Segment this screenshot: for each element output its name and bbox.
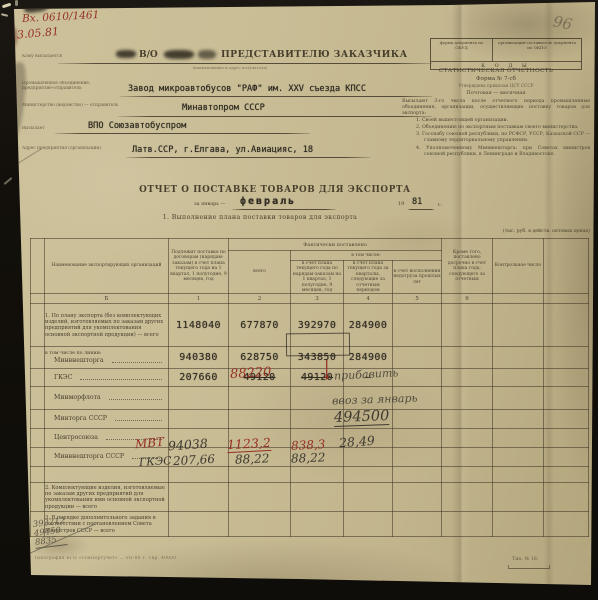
table-cell: [169, 512, 229, 537]
field-label-ministry: Министерство (ведомство) — отправитель: [22, 103, 122, 108]
send-recipient-item: 3. Госснабу союзной республики, по РСФСР…: [416, 132, 590, 144]
table-cell: [393, 512, 442, 537]
header-name: Наименование экспортирующих организаций: [45, 239, 169, 294]
row-label-text: Минторга СССР: [45, 415, 107, 423]
table-cell: [544, 467, 589, 483]
row-label: 1. По плану экспорта (без комплектующих …: [45, 304, 169, 347]
colnum-6: 6: [442, 294, 493, 304]
table-cell: [544, 410, 589, 429]
ink-blot: [116, 50, 136, 58]
table-cell: [493, 387, 544, 410]
table-cell: [31, 347, 45, 369]
units-note: (тыс. руб. в действ. оптовых ценах): [420, 229, 590, 234]
row-label-text: Минвнешторга: [45, 357, 104, 365]
table-cell: [31, 304, 45, 347]
header-col5: в счет восполнения недогруза прошлых лет: [393, 261, 442, 294]
table-cell: [291, 483, 344, 512]
table-row: Минторга СССР: [31, 410, 589, 429]
table-row: 2. Комплектующие изделия, изготовляемые …: [31, 483, 589, 512]
table-cell: [229, 467, 291, 483]
table-cell: [229, 387, 291, 410]
table-cell: [45, 467, 169, 483]
row-label-text: Минморфлота: [45, 394, 101, 402]
export-report-table: Наименование экспортирующих организаций …: [30, 238, 589, 537]
table-cell: [393, 410, 442, 429]
stamped-text-smudge: [198, 50, 216, 59]
row-label-text: 2. Комплектующие изделия, изготовляемые …: [45, 485, 165, 510]
codes-box: форма докумен­та по ОКУД организация-сос…: [430, 38, 582, 70]
section-title: 1. Выполнение плана поставки товаров для…: [110, 214, 410, 221]
field-value-ministry: Минавтопром СССР: [182, 103, 265, 113]
row-label: Минторга СССР: [45, 410, 169, 429]
row-label-text: 1. По плану экспорта (без комплектующих …: [45, 313, 163, 338]
send-recipients-list: 1. Своей вышестоящей организации. 2. Объ…: [402, 118, 590, 158]
header-early: Кроме того, поставлено досрочно в счет п…: [442, 239, 493, 294]
recipient-org-prefix: В/О: [139, 50, 158, 60]
recipient-caption: (наименование и адрес получателя): [130, 65, 330, 70]
period-value: февраль: [240, 196, 296, 207]
table-row-handwritten-space: [31, 467, 589, 483]
table-cell: [291, 512, 344, 537]
handwritten-value: 28,49: [339, 433, 376, 450]
row-label-text: ГКЭС: [45, 374, 72, 382]
typography-number: Тип. № 18.: [512, 557, 538, 562]
underline-rule: [408, 209, 434, 210]
year-value: 81: [412, 197, 422, 207]
table-cell: [344, 467, 393, 483]
row-label: 2. Комплектующие изделия, изготовляемые …: [45, 483, 169, 512]
handwritten-gkes-label: ГКЭС: [139, 454, 172, 469]
value-cell: 284900: [344, 304, 393, 347]
recipient-addressee: ПРЕДСТАВИТЕЛЮ ЗАКАЗЧИКА: [221, 49, 408, 60]
table-cell: [544, 429, 589, 448]
table-cell: [291, 467, 344, 483]
handwritten-corrected-value: 88220: [230, 365, 272, 382]
year-prefix: 19: [398, 201, 404, 207]
table-cell: [544, 369, 589, 387]
row-label-text: Центросоюза: [45, 434, 98, 442]
dot-leaders: [109, 398, 162, 400]
table-cell: [544, 448, 589, 467]
year-suffix: г.: [438, 202, 442, 208]
dot-leaders: [112, 361, 162, 363]
table-cell: [493, 410, 544, 429]
table-cell: [493, 369, 544, 387]
field-label-sender: Высылает: [22, 126, 92, 131]
edge-scratch: [15, 0, 18, 6]
header-blank: [544, 239, 589, 294]
colnum-2: 2: [229, 294, 291, 304]
table-cell: [442, 512, 493, 537]
table-cell: [393, 369, 442, 387]
handwritten-value: 88,22: [291, 450, 326, 465]
print-imprint: Типография БГП «Союзоргучет» … VII-80 г.…: [34, 556, 434, 561]
table-cell: [169, 483, 229, 512]
table-cell: [544, 347, 589, 369]
send-instructions: Высылают 3-го числа после отчетного пери…: [402, 99, 590, 117]
table-cell: [393, 448, 442, 467]
table-cell: [442, 429, 493, 448]
send-recipient-item: 1. Своей вышестоящей организации.: [416, 118, 590, 124]
table-cell: [31, 387, 45, 410]
underline-rule: [126, 157, 370, 158]
header-fact-group: Фактически поставлено: [229, 239, 442, 251]
table-cell: [442, 410, 493, 429]
stamped-text-smudge: [164, 50, 194, 59]
send-recipient-item: 4. Уполномоченному Минвнешторга: при Сов…: [416, 146, 590, 158]
table-cell: [393, 483, 442, 512]
row-label: в том числе по линии: Минвнешторга: [45, 347, 169, 369]
scanned-document: Вх. 0610/1461 13.05.81 96 Кому высылаетс…: [0, 0, 598, 600]
colnum-b: Б: [45, 294, 169, 304]
field-value-address: Латв.ССР, г.Елгава, ул.Авиацияс, 18: [132, 145, 313, 155]
table-cell: [493, 512, 544, 537]
form-number: Форма № 7-сб: [402, 76, 590, 83]
table-cell: [344, 483, 393, 512]
table-cell: [442, 387, 493, 410]
incoming-date: 13.05.81: [10, 25, 60, 42]
period-label: за январь —: [194, 201, 225, 207]
field-label-enterprise: Промышленное объединение, предприятие-от…: [22, 81, 122, 91]
table-cell: [229, 410, 291, 429]
row-label: Минморфлота: [45, 387, 169, 410]
colnum-3: 3: [291, 294, 344, 304]
value-cell: 207660: [169, 369, 229, 387]
dot-leaders: [80, 378, 162, 380]
paper-sheet: Вх. 0610/1461 13.05.81 96 Кому высылаетс…: [0, 0, 598, 600]
table-cell: [442, 448, 493, 467]
table-cell: [493, 467, 544, 483]
value-cell: 677870: [229, 304, 291, 347]
underline-rule: [120, 96, 432, 97]
edge-scratch: [2, 3, 11, 8]
table-cell: [493, 429, 544, 448]
table-row: Минморфлота: [31, 387, 589, 410]
table-row: 3. В порядке дополнительного задания в с…: [31, 512, 589, 537]
page-number: 96: [551, 12, 573, 33]
underline-rule: [55, 133, 310, 134]
table-cell: [493, 304, 544, 347]
handwritten-value: 207,66: [173, 452, 216, 468]
value-cell: 940380: [169, 347, 229, 369]
red-stamp-fragment: [2, 26, 17, 48]
handwritten-value: 1123,2: [227, 435, 272, 453]
form-info-block: СТАТИСТИЧЕСКАЯ ОТЧЕТНОСТЬ Форма № 7-сб У…: [402, 68, 590, 159]
table-cell: [169, 387, 229, 410]
header-fact-total: всего: [229, 251, 291, 294]
underline-rule: [232, 209, 336, 210]
table-cell: [393, 347, 442, 369]
colnum-blank: [31, 294, 45, 304]
row-label-text: Минвнешторга СССР: [45, 453, 124, 461]
periodicity: Почтовая — месячная: [402, 90, 590, 97]
table-cell: [544, 304, 589, 347]
table-cell: [344, 512, 393, 537]
value-cell: 284900: [344, 347, 393, 369]
handwritten-mvt-label: МВТ: [134, 435, 164, 451]
table-cell: [31, 369, 45, 387]
dot-leaders: [115, 419, 162, 421]
table-cell: [393, 304, 442, 347]
header-rownum: [31, 239, 45, 294]
edge-scratch: [4, 177, 13, 185]
pen-box-annotation: [286, 333, 350, 357]
handwritten-value: 94038: [168, 436, 209, 454]
edge-scratch: [1, 13, 8, 17]
table-cell: [344, 448, 393, 467]
value-cell: 1148040: [169, 304, 229, 347]
okpo-cell: организация-соста­витель документа по ОК…: [493, 39, 581, 61]
table-cell: [169, 467, 229, 483]
header-col4: в счет плана текущего года за кварталы, …: [344, 261, 393, 294]
table-cell: [493, 347, 544, 369]
table-cell: [544, 387, 589, 410]
table-cell: [493, 448, 544, 467]
table-cell: [442, 369, 493, 387]
underline-rule: [118, 116, 432, 117]
colnum-blank: [493, 294, 544, 304]
table-cell: [169, 410, 229, 429]
table-cell: [31, 410, 45, 429]
header-control: Контрольное число: [493, 239, 544, 294]
report-kind: СТАТИСТИЧЕСКАЯ ОТЧЕТНОСТЬ: [402, 68, 590, 76]
underline-rule: [58, 63, 432, 64]
table-cell: [544, 483, 589, 512]
header-col3: в счет плана текущего года по нарядам-за…: [291, 261, 344, 294]
report-title: ОТЧЕТ О ПОСТАВКЕ ТОВАРОВ ДЛЯ ЭКСПОРТА: [120, 185, 430, 195]
table-cell: [393, 429, 442, 448]
handwritten-note-value: 494500: [334, 408, 390, 427]
table-cell: [229, 512, 291, 537]
pencil-diagonal-mark: [3, 148, 42, 173]
table-cell: [493, 483, 544, 512]
colnum-4: 4: [344, 294, 393, 304]
handwritten-value: 88,22: [235, 451, 270, 466]
colnum-blank: [544, 294, 589, 304]
send-recipient-item: 2. Объединению по экспортным поставкам с…: [416, 125, 590, 131]
table-row: ГКЭС 207660 49120 49120 —: [31, 369, 589, 387]
brace-mark: [508, 565, 550, 569]
table-cell: [31, 448, 45, 467]
colnum-5: 5: [393, 294, 442, 304]
table-cell: [442, 304, 493, 347]
field-value-sender: ВПО Союзавтобуспром: [88, 121, 186, 131]
table-cell: [31, 467, 45, 483]
field-value-enterprise: Завод микроавтобусов "РАФ" им. XXV съезд…: [128, 84, 366, 94]
table-cell: [229, 483, 291, 512]
table-cell: [31, 483, 45, 512]
table-cell: [544, 512, 589, 537]
down-arrow-annotation: ↓: [320, 354, 333, 386]
table-cell: [442, 347, 493, 369]
recipient-label: Кому высылается: [22, 54, 92, 59]
approved-by: Утверждена приказом ЦСУ СССР: [402, 83, 590, 88]
header-planned: Подлежит поставке по договорам (нарядам-…: [169, 239, 229, 294]
table-cell: [442, 483, 493, 512]
colnum-1: 1: [169, 294, 229, 304]
table-cell: [393, 467, 442, 483]
okud-cell: форма докумен­та по ОКУД: [431, 39, 493, 61]
table-cell: [31, 429, 45, 448]
row-label: ГКЭС: [45, 369, 169, 387]
table-cell: [442, 467, 493, 483]
header-including: в том числе:: [291, 251, 442, 261]
